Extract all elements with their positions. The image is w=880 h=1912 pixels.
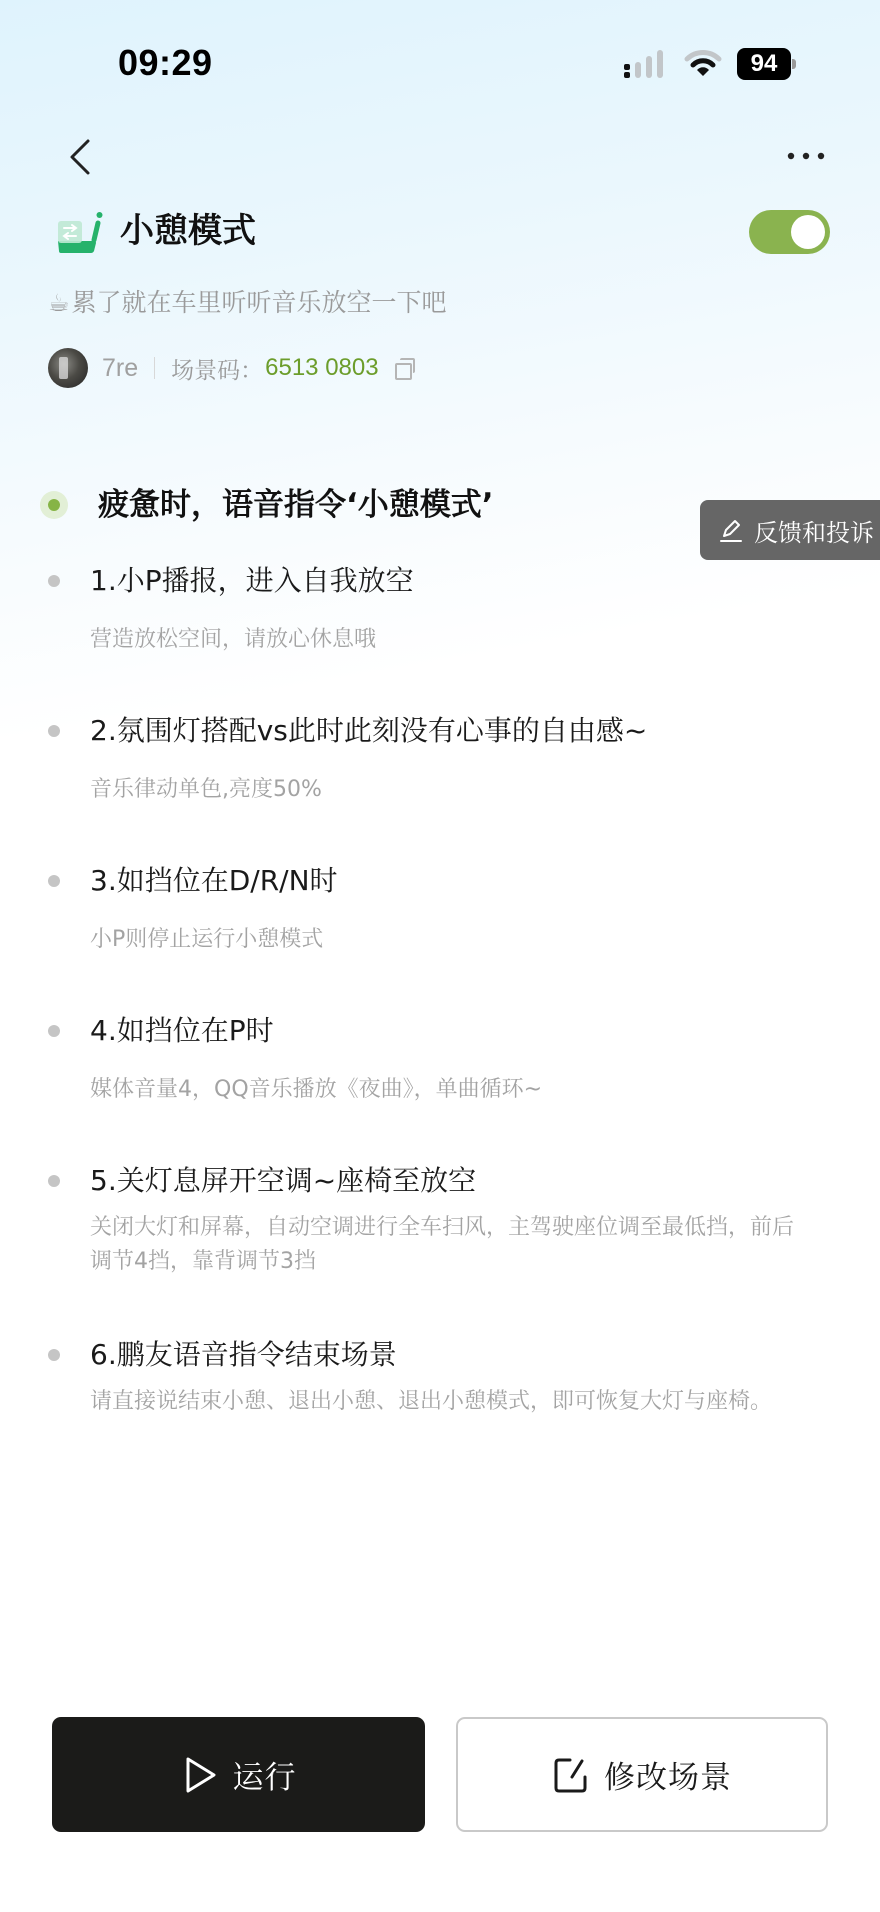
step-desc: 音乐律动单色,亮度50% <box>90 773 810 807</box>
bullet-icon <box>48 725 60 737</box>
bullet-icon <box>48 1175 60 1187</box>
bullet-icon <box>48 875 60 887</box>
bullet-icon <box>48 1349 60 1361</box>
scene-enabled-toggle[interactable] <box>749 210 830 254</box>
feedback-button[interactable]: 反馈和投诉 <box>700 500 880 560</box>
car-seat-icon <box>54 207 106 255</box>
wifi-icon <box>684 48 722 78</box>
back-button[interactable] <box>60 133 100 181</box>
battery-tip <box>792 59 796 69</box>
battery-level: 94 <box>737 48 791 80</box>
divider <box>154 357 155 379</box>
step-title: 2.氛围灯搭配vs此时此刻没有心事的自由感~ <box>90 711 647 751</box>
step-title: 5.关灯息屏开空调~座椅至放空 <box>90 1161 476 1201</box>
scene-code-value: 6513 0803 <box>265 354 378 382</box>
step-desc: 小P则停止运行小憩模式 <box>90 923 810 957</box>
step-title: 4.如挡位在P时 <box>90 1011 274 1051</box>
scene-subtitle-text: 累了就在车里听听音乐放空一下吧 <box>72 288 447 317</box>
edit-icon <box>552 1755 590 1795</box>
coffee-cup-icon: ☕ <box>48 285 70 321</box>
section-marker-icon <box>40 491 68 519</box>
step-title: 6.鹏友语音指令结束场景 <box>90 1335 397 1375</box>
cellular-signal-icon <box>624 50 668 80</box>
battery-indicator: 94 <box>737 48 795 80</box>
pencil-icon <box>718 517 744 543</box>
play-icon <box>181 1755 219 1795</box>
step-desc: 请直接说结束小憩、退出小憩、退出小憩模式，即可恢复大灯与座椅。 <box>90 1385 810 1419</box>
scene-code-label: 场景码： <box>171 352 263 385</box>
edit-scene-label: 修改场景 <box>604 1752 732 1797</box>
copy-icon[interactable] <box>395 358 415 378</box>
scene-subtitle: ☕累了就在车里听听音乐放空一下吧 <box>48 285 447 321</box>
step-title: 3.如挡位在D/R/N时 <box>90 861 338 901</box>
step-desc: 关闭大灯和屏幕，自动空调进行全车扫风，主驾驶座位调至最低挡，前后调节4挡，靠背调… <box>90 1211 810 1279</box>
run-label: 运行 <box>233 1752 297 1797</box>
author-name[interactable]: 7re <box>102 354 138 383</box>
step-title: 1.小P播报，进入自我放空 <box>90 561 414 601</box>
run-button[interactable]: 运行 <box>52 1717 425 1832</box>
status-time: 09:29 <box>118 42 213 84</box>
bullet-icon <box>48 1025 60 1037</box>
scene-title: 小憩模式 <box>120 208 256 254</box>
step-desc: 媒体音量4，QQ音乐播放《夜曲》，单曲循环~ <box>90 1073 810 1107</box>
author-row: 7re 场景码： 6513 0803 <box>48 348 415 388</box>
section-title: 疲惫时，语音指令‘小憩模式’ <box>98 482 494 528</box>
bullet-icon <box>48 575 60 587</box>
more-options-button[interactable] <box>783 140 829 172</box>
feedback-label: 反馈和投诉 <box>754 513 874 548</box>
toggle-knob <box>791 215 825 249</box>
step-desc: 营造放松空间，请放心休息哦 <box>90 623 810 657</box>
edit-scene-button[interactable]: 修改场景 <box>456 1717 828 1832</box>
avatar[interactable] <box>48 348 88 388</box>
